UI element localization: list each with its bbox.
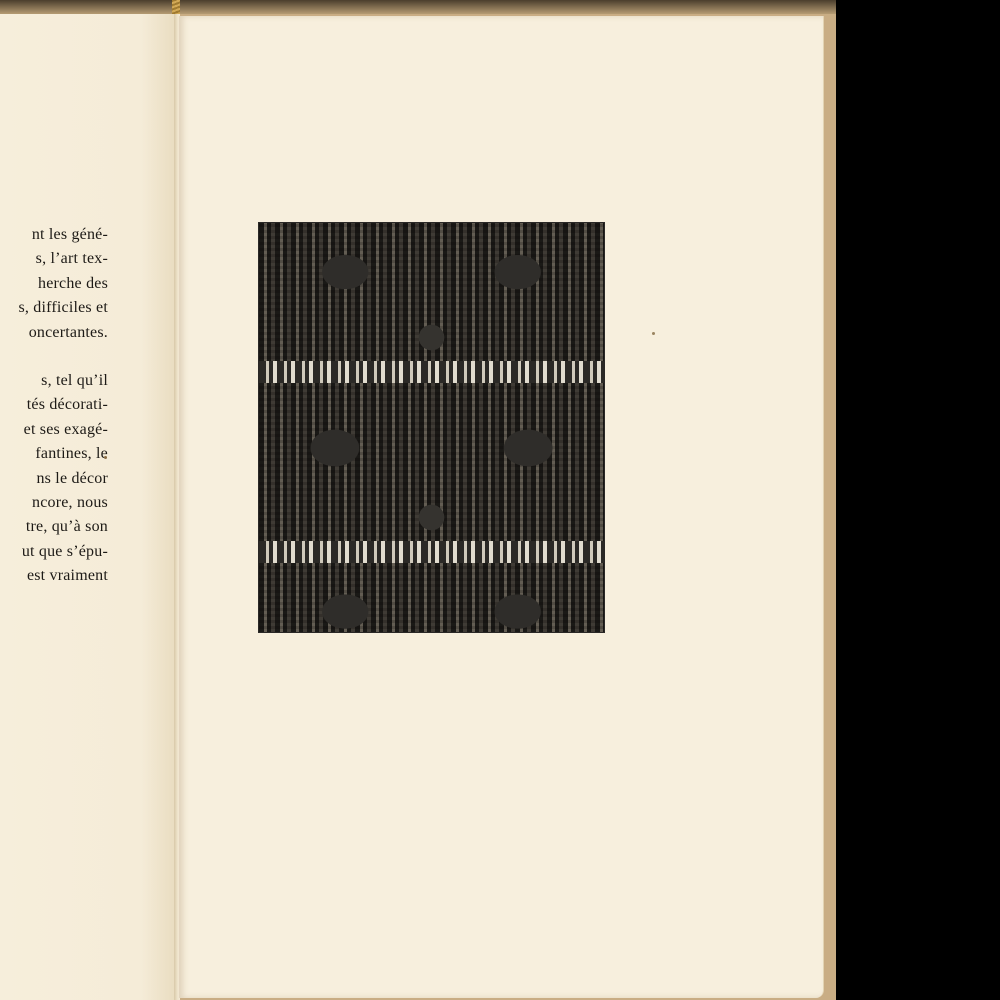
pattern-band [259, 541, 604, 563]
text-line: ncore, nous [0, 491, 108, 515]
textile-pattern-plate [258, 222, 605, 633]
binding-top-shadow [0, 0, 836, 14]
text-line: nt les géné- [0, 223, 108, 247]
paragraph-2: s, tel qu’il tés décorati- et ses exagé-… [0, 369, 108, 589]
text-line: s, l’art tex- [0, 247, 108, 271]
text-line: oncertantes. [0, 321, 108, 345]
text-line: s, tel qu’il [0, 369, 108, 393]
text-line: tés décorati- [0, 393, 108, 417]
text-line: s, difficiles et [0, 296, 108, 320]
text-line: est vraiment [0, 564, 108, 588]
left-page-text: nt les géné- s, l’art tex- herche des s,… [0, 223, 108, 589]
text-line: herche des [0, 272, 108, 296]
paper-speck [652, 332, 655, 335]
text-line: et ses exagé- [0, 418, 108, 442]
text-line: fantines, le [0, 442, 108, 466]
right-page [179, 16, 824, 998]
text-line: ns le décor [0, 467, 108, 491]
text-line: ut que s’épu- [0, 540, 108, 564]
paragraph-1: nt les géné- s, l’art tex- herche des s,… [0, 223, 108, 345]
paper-speck [104, 456, 107, 459]
pattern-band [259, 361, 604, 383]
left-page: nt les géné- s, l’art tex- herche des s,… [0, 14, 176, 1000]
text-line: tre, qu’à son [0, 515, 108, 539]
